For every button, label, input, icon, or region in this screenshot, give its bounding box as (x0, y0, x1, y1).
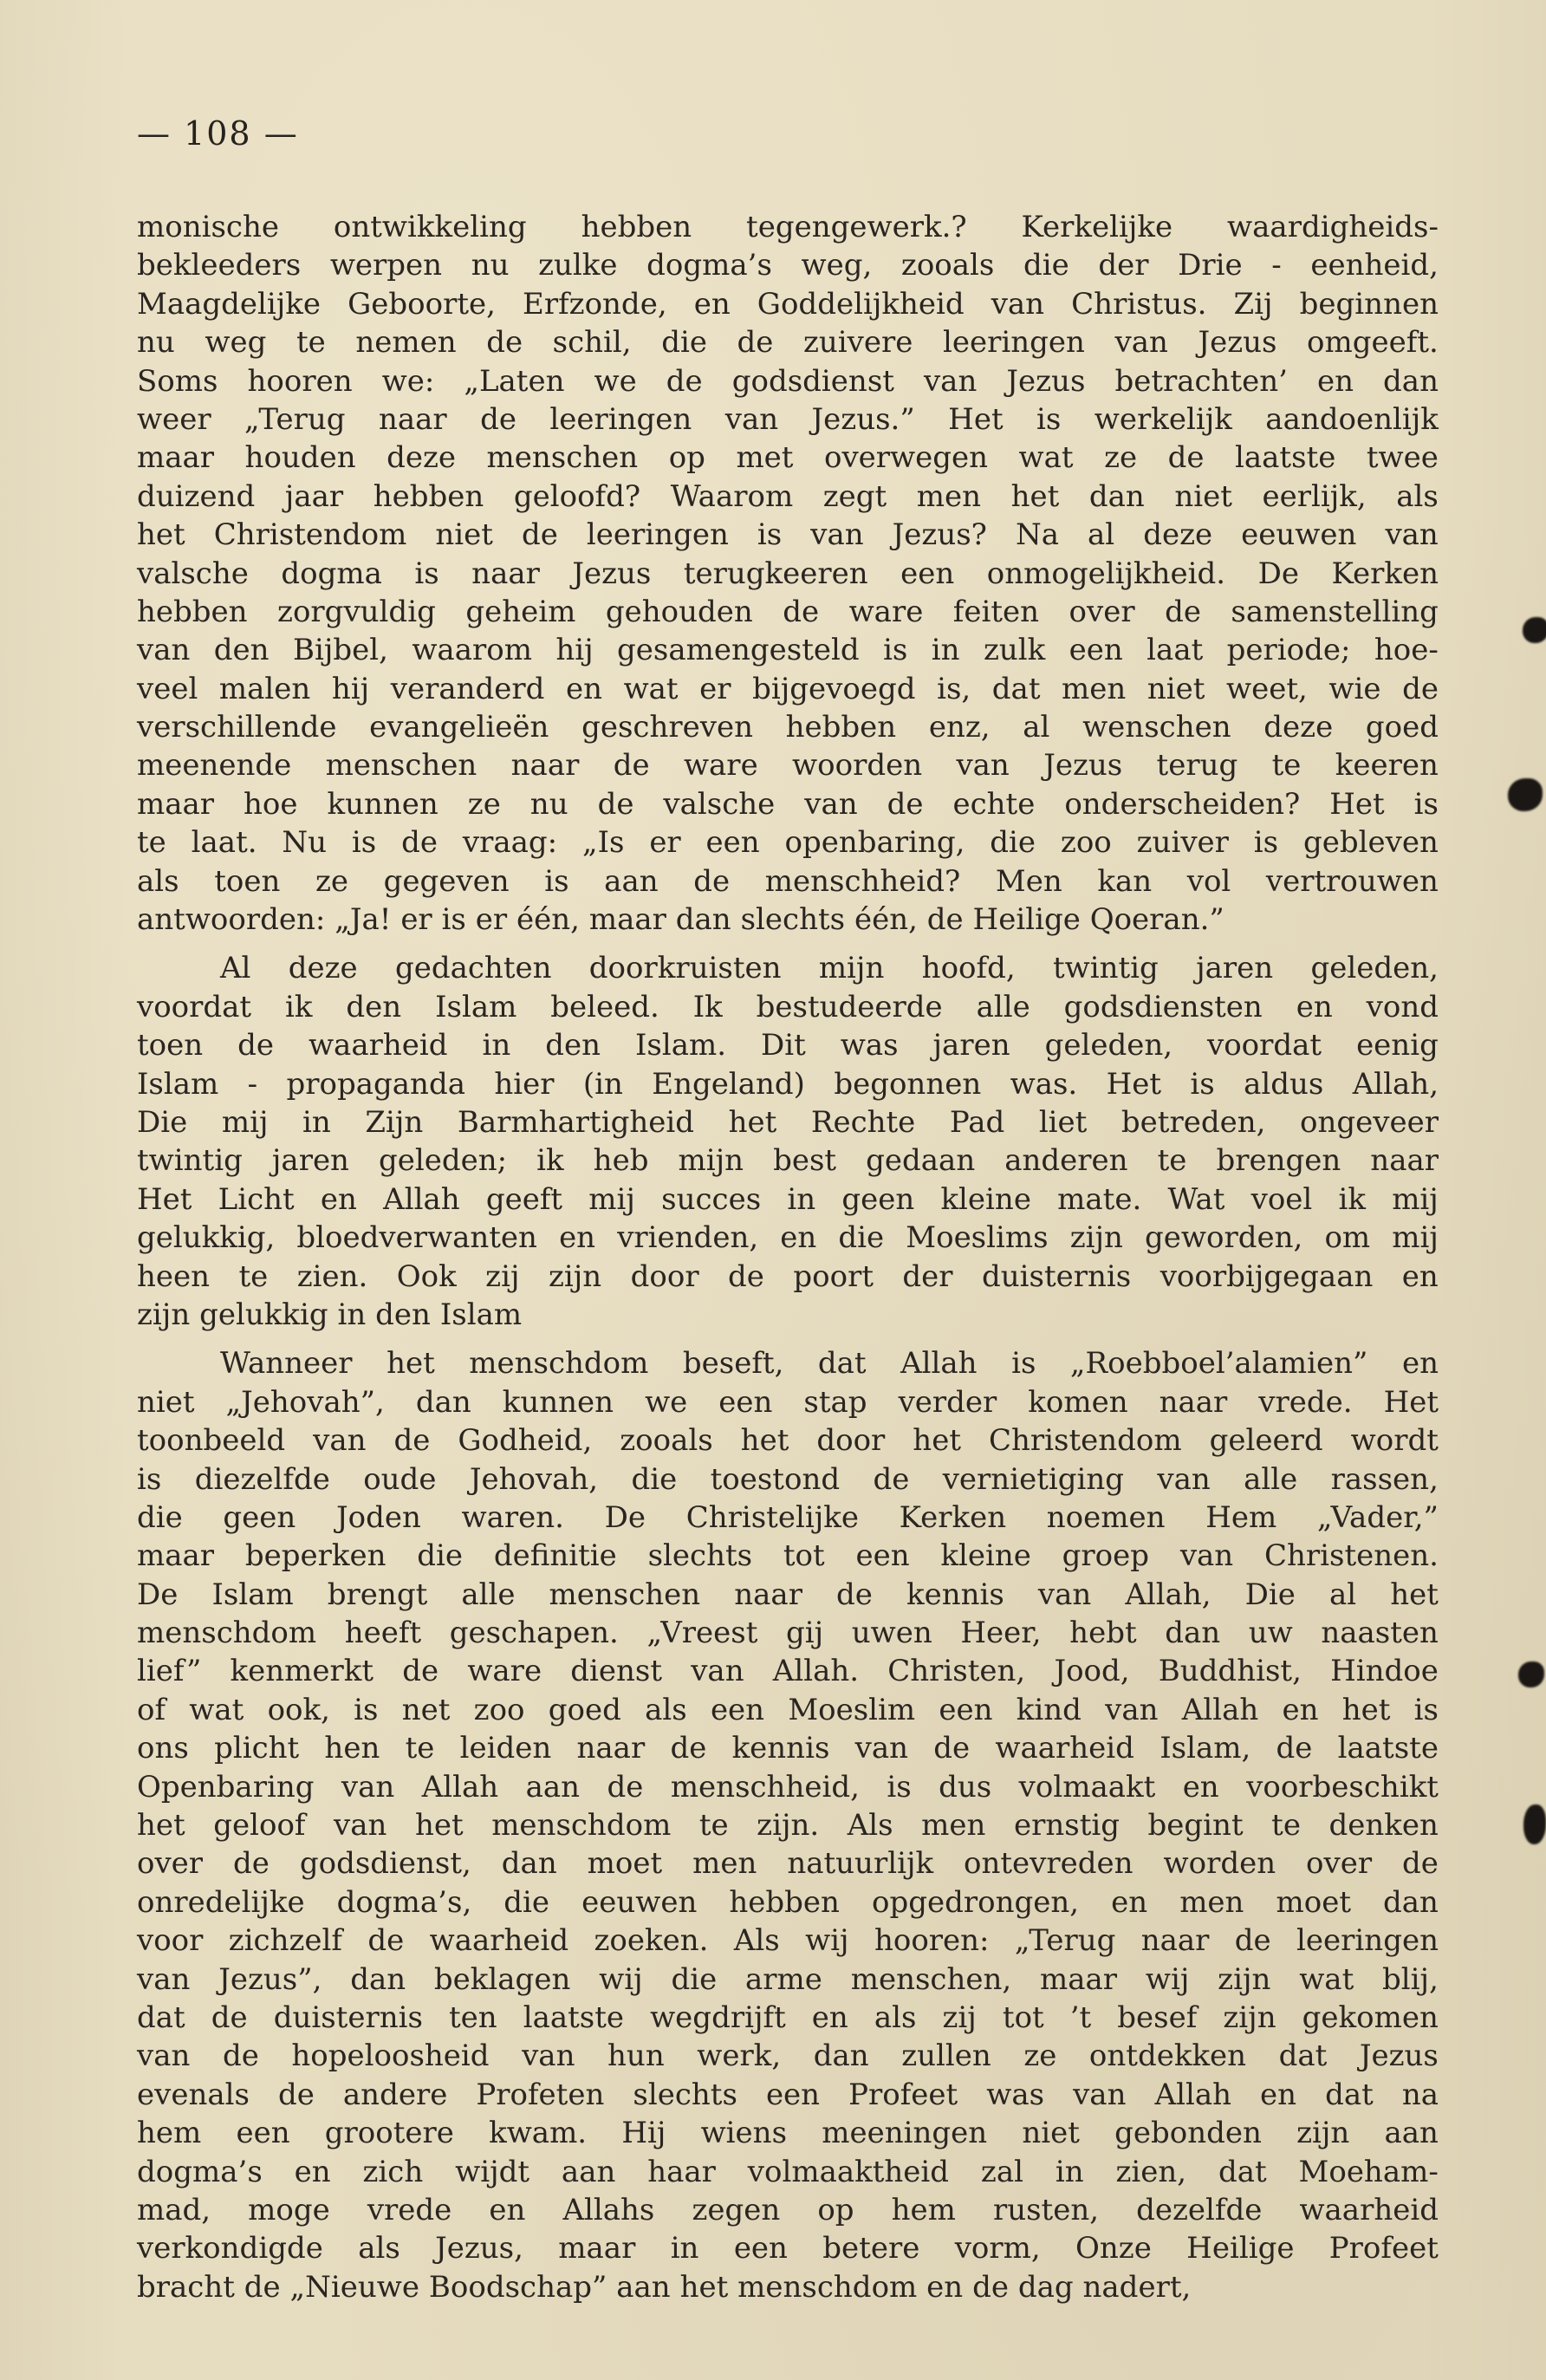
word: wiens (701, 2114, 787, 2152)
word: we (594, 362, 637, 400)
word: poort (793, 1258, 874, 1296)
word: voorbijgegaan (1160, 1258, 1374, 1296)
word: Die (137, 1103, 187, 1141)
word: men (917, 478, 981, 516)
text-line: evenalsdeandereProfetenslechtseenProfeet… (137, 2076, 1439, 2114)
word: ontdekken (1089, 2037, 1246, 2075)
word: de (972, 2268, 1009, 2306)
text-line: voorzichzelfdewaarheidzoeken.Alswijhoore… (137, 1922, 1439, 1960)
word: de (211, 1999, 248, 2037)
word: dan (1383, 1883, 1439, 1922)
word: leeringen (587, 516, 729, 554)
word: van (522, 2037, 575, 2075)
word: Christendom (989, 1421, 1182, 1460)
word: het (1390, 1576, 1439, 1614)
text-line: vandehopeloosheidvanhunwerk,danzullenzeo… (137, 2037, 1439, 2075)
word: als (358, 2229, 400, 2267)
word: „Vreest (646, 1614, 757, 1652)
word: moet (1276, 1883, 1351, 1922)
word: Rechte (811, 1103, 915, 1141)
text-line: OpenbaringvanAllahaandemenschheid,isdusv… (137, 1768, 1439, 1806)
word: hebben (581, 208, 692, 246)
word: gehouden (606, 593, 753, 631)
word: is (1414, 1691, 1439, 1729)
word: zijn (1070, 1219, 1123, 1257)
word: kenmerkt (231, 1652, 374, 1690)
word: antwoorden: (137, 901, 325, 939)
word: verkondigde (137, 2229, 323, 2267)
word: de (1235, 1922, 1271, 1960)
word: na (1402, 2076, 1439, 2114)
word: is (1254, 823, 1278, 862)
word: zuiver (1137, 823, 1229, 862)
word: de (223, 2037, 259, 2075)
word: (in (583, 1065, 623, 1103)
word: laat (1147, 631, 1203, 669)
word: uw (1249, 1614, 1293, 1652)
word: over (137, 1844, 203, 1883)
word: Waarom (671, 478, 794, 516)
word: - (248, 1065, 258, 1103)
word: en (1260, 2076, 1296, 2114)
word: niet (1174, 478, 1232, 516)
word: ook, (268, 1691, 330, 1729)
word: twintig (137, 1141, 243, 1180)
word: Allah (1182, 1691, 1258, 1729)
word: hooren (247, 362, 352, 400)
word: begonnen (834, 1065, 981, 1103)
word: hun (607, 2037, 665, 2075)
word: hooren: (874, 1922, 990, 1960)
word: godsdiensten (1064, 988, 1263, 1026)
word: bijgevoegd (752, 670, 915, 708)
word: Het (137, 1180, 192, 1219)
word: toestond (711, 1460, 841, 1499)
word: Zij (1234, 285, 1273, 323)
word: over (1306, 1844, 1372, 1883)
word: de (670, 1729, 706, 1767)
word: weg (205, 323, 266, 361)
word: leeringen (549, 400, 692, 439)
word: voel (1251, 1180, 1313, 1219)
word: is (442, 901, 466, 939)
word: Allah (1155, 2076, 1231, 2114)
word: Islam (137, 1065, 218, 1103)
word: nemen (355, 323, 456, 361)
word: malen (219, 670, 310, 708)
word: is (1036, 400, 1061, 439)
word: Hem (1205, 1499, 1276, 1537)
word: in (302, 1103, 331, 1141)
word: beklagen (434, 1961, 570, 1999)
word: oude (363, 1460, 436, 1499)
word: kennis (732, 1729, 830, 1767)
word: veranderd (391, 670, 545, 708)
word: geen (841, 1180, 914, 1219)
text-line: vandenBijbel,waaromhijgesamengesteldisin… (137, 631, 1439, 669)
word: een (1069, 631, 1123, 669)
word: Geboorte, (348, 285, 496, 323)
word: wat (189, 1691, 244, 1729)
word: de (607, 1768, 644, 1806)
word: kennis (906, 1576, 1004, 1614)
word: zich (363, 2153, 424, 2191)
word: Kerken (900, 1499, 1006, 1537)
word: de (1402, 670, 1439, 708)
word: tot (783, 1537, 825, 1575)
word: vol (1187, 862, 1231, 901)
word: en (295, 2153, 331, 2191)
text-line: Islam-propagandahier(inEngeland)begonnen… (137, 1065, 1439, 1103)
word: Openbaring (137, 1768, 314, 1806)
word: menschen, (851, 1961, 1011, 1999)
text-line: zijngelukkigindenIslam (137, 1296, 1439, 1334)
word: toen (214, 862, 280, 901)
word: „Vader,” (1317, 1499, 1439, 1537)
word: Islam (435, 988, 516, 1026)
word: zij (943, 1999, 977, 2037)
word: hem (892, 2191, 956, 2229)
word: zichzelf (229, 1922, 342, 1960)
word: openbaring, (785, 823, 965, 862)
word: en (1282, 1691, 1318, 1729)
word: hebben (374, 478, 484, 516)
word: er (649, 823, 680, 862)
word: is (544, 862, 568, 901)
word: zulk (984, 631, 1045, 669)
word: menschdom (469, 1344, 648, 1382)
word: Dit (761, 1026, 806, 1064)
word: van (855, 1729, 908, 1767)
word: Pad (950, 1103, 1004, 1141)
word: niet (435, 516, 493, 554)
word: het (1342, 1691, 1391, 1729)
word: alle (1244, 1460, 1297, 1499)
word: „Laten (464, 362, 564, 400)
text-line: mad,mogevredeenAllahszegenophemrusten,de… (137, 2191, 1439, 2229)
word: vrede. (1258, 1383, 1352, 1421)
word: Allah (900, 1344, 977, 1382)
word: Soms (137, 362, 218, 400)
word: jaren (272, 1141, 349, 1180)
word: Jezus (572, 555, 651, 593)
word: als (645, 1691, 687, 1729)
word: er (476, 901, 507, 939)
word: hij (332, 670, 369, 708)
word: het (741, 1421, 789, 1460)
word: ten (449, 1999, 497, 2037)
word: wenschen (1082, 708, 1231, 746)
word: werpen (330, 246, 442, 284)
word: dan (676, 901, 731, 939)
word: het (913, 1421, 961, 1460)
word: eenheid, (1310, 246, 1439, 284)
word: volmaakt (1019, 1768, 1156, 1806)
word: Allahs (562, 2191, 654, 2229)
word: duisternis (274, 1999, 423, 2037)
word: aldus (1244, 1065, 1323, 1103)
word: betere (822, 2229, 919, 2267)
word: geheim (465, 593, 575, 631)
word: de (233, 1844, 270, 1883)
word: Allah. (773, 1652, 859, 1690)
word: naar (734, 1576, 802, 1614)
text-line: monischeontwikkelinghebbentegengewerk.?K… (137, 208, 1439, 246)
word: goed (549, 1691, 621, 1729)
text-line: meenendemenschennaardewarewoordenvanJezu… (137, 746, 1439, 784)
word: voordat (137, 988, 251, 1026)
word: beperken (245, 1537, 386, 1575)
word: de (933, 1729, 970, 1767)
word: diezelfde (195, 1460, 330, 1499)
word: „Roebboel’alamien” (1070, 1344, 1368, 1382)
word: leeringen (943, 323, 1085, 361)
word: Boodschap” (429, 2268, 607, 2306)
text-line: maarhoudendezemenschenopmetoverwegenwatz… (137, 439, 1439, 477)
text-line: nuwegtenemendeschil,diedezuivereleeringe… (137, 323, 1439, 361)
word: van (1157, 1460, 1210, 1499)
word: mij (588, 1180, 635, 1219)
word: Na (1016, 516, 1059, 554)
word: ze (315, 862, 348, 901)
word: was (841, 1026, 899, 1064)
word: opgedrongen, (872, 1883, 1079, 1922)
word: om (1324, 1219, 1370, 1257)
word: den (375, 1296, 431, 1334)
text-line: weer„TerugnaardeleeringenvanJezus.”Hetis… (137, 400, 1439, 439)
word: als (137, 862, 179, 901)
word: Jezus (1360, 2037, 1439, 2075)
binding-hole-mark (1518, 1661, 1544, 1687)
word: dus (939, 1768, 991, 1806)
word: terug (1157, 746, 1238, 784)
word: te (1272, 746, 1302, 784)
word: schil, (553, 323, 632, 361)
word: er (400, 901, 432, 939)
word: de (1402, 1844, 1439, 1883)
word: van (991, 285, 1044, 323)
word: Engeland) (652, 1065, 805, 1103)
word: mijn (679, 1141, 744, 1180)
word: menschdom (491, 1806, 671, 1844)
word: naar (379, 400, 447, 439)
word: Wat (1167, 1180, 1224, 1219)
word: Christelijke (686, 1499, 859, 1537)
text-line: verkondigdealsJezus,maarineenbeterevorm,… (137, 2229, 1439, 2267)
word: ik (536, 1141, 563, 1180)
word: eeuwen (581, 1883, 697, 1922)
word: Islam (211, 1576, 293, 1614)
word: en (694, 285, 731, 323)
word: twee (1367, 439, 1439, 477)
word: geschapen. (450, 1614, 619, 1652)
word: De (137, 1576, 178, 1614)
word: van (137, 631, 190, 669)
word: ze (1023, 2037, 1056, 2075)
word: vernietiging (943, 1460, 1124, 1499)
word: ernstig (1014, 1806, 1120, 1844)
word: gelukkig, (137, 1219, 275, 1257)
word: en (1402, 1258, 1439, 1296)
binding-hole-mark (1523, 1805, 1546, 1844)
word: aan (616, 2268, 670, 2306)
word: uwen (852, 1614, 932, 1652)
body-text: monischeontwikkelinghebbentegengewerk.?K… (137, 208, 1439, 2306)
word: tot (1003, 1999, 1044, 2037)
word: die (417, 1537, 463, 1575)
word: geen (223, 1499, 296, 1537)
word: Islam, (1159, 1729, 1250, 1767)
word: gebleven (1303, 823, 1439, 862)
word: geloofd? (514, 478, 640, 516)
word: de (836, 1576, 873, 1614)
word: en (321, 1180, 357, 1219)
word: Christen, (887, 1652, 1025, 1690)
word: zullen (901, 2037, 991, 2075)
word: de (394, 1421, 431, 1460)
word: te (137, 823, 166, 862)
word: hier (494, 1065, 554, 1103)
word: dienst (570, 1652, 662, 1690)
word: natuurlijk (787, 1844, 933, 1883)
word: beginnen (1300, 285, 1439, 323)
word: op (669, 439, 705, 477)
word: ze (1104, 439, 1137, 477)
word: zijn (1296, 2114, 1349, 2152)
word: de (244, 2268, 281, 2306)
word: zoeken. (594, 1922, 709, 1960)
word: van (725, 400, 778, 439)
word: samenstelling (1231, 593, 1439, 631)
word: kwam. (489, 2114, 587, 2152)
word: Men (996, 862, 1062, 901)
word: periode; (1227, 631, 1351, 669)
word: gelukkig (199, 1296, 328, 1334)
word: dat (1325, 2076, 1374, 2114)
word: in (932, 631, 960, 669)
word: hopeloosheid (291, 2037, 489, 2075)
word: hebben (786, 708, 897, 746)
word: dogma’s, (337, 1883, 472, 1922)
word: van (137, 2037, 190, 2075)
word: net (402, 1691, 451, 1729)
word: verschillende (137, 708, 337, 746)
word: godsdienst, (300, 1844, 471, 1883)
word: in (1056, 2153, 1084, 2191)
text-line: niet„Jehovah”,dankunnenweeenstapverderko… (137, 1383, 1439, 1421)
word: zijn (137, 1296, 190, 1334)
word: is (1414, 785, 1439, 823)
word: Allah, (1125, 1576, 1211, 1614)
text-line: overdegodsdienst,danmoetmennatuurlijkont… (137, 1844, 1439, 1883)
word: Kerkelijke (1022, 208, 1173, 246)
word: der (1098, 246, 1148, 284)
word: groep (1062, 1537, 1149, 1575)
word: zijn (549, 1258, 601, 1296)
word: dan (814, 2037, 869, 2075)
binding-hole-mark (1508, 778, 1543, 811)
word: maar (137, 439, 214, 477)
word: te (406, 1729, 435, 1767)
word: zooals (620, 1421, 712, 1460)
word: gesamengesteld (617, 631, 860, 669)
word: een (718, 1383, 772, 1421)
word: Zijn (365, 1103, 423, 1141)
word: Moeslim (788, 1691, 915, 1729)
word: waardigheids- (1227, 208, 1439, 246)
word: Moeslims (906, 1219, 1048, 1257)
word: lief” (137, 1652, 201, 1690)
word: valsche (663, 785, 775, 823)
text-line: hetChristendomnietdeleeringenisvanJezus?… (137, 516, 1439, 554)
text-line: lief”kenmerktdewaredienstvanAllah.Christ… (137, 1652, 1439, 1690)
word: al (1023, 708, 1049, 746)
word: Bijbel, (293, 631, 388, 669)
word: dat (1218, 2153, 1267, 2191)
word: zorgvuldig (277, 593, 436, 631)
word: dag (1018, 2268, 1074, 2306)
word: men (1062, 670, 1126, 708)
word: veel (137, 670, 198, 708)
word: meenende (137, 746, 291, 784)
paragraph-2: Aldezegedachtendoorkruistenmijnhoofd,twi… (137, 949, 1439, 1334)
word: vrienden, (617, 1219, 758, 1257)
word: leiden (460, 1729, 552, 1767)
word: als (874, 1999, 917, 2037)
word: mij (222, 1103, 269, 1141)
word: Heilige (973, 901, 1081, 939)
word: zegen (692, 2191, 780, 2229)
word: wordt (1351, 1421, 1439, 1460)
word: van (956, 746, 1009, 784)
word: Drie (1178, 246, 1243, 284)
word: van (1038, 1576, 1091, 1614)
word: te (238, 1258, 268, 1296)
word: hoe- (1374, 631, 1439, 669)
word: grootere (325, 2114, 454, 2152)
word: naasten (1321, 1614, 1439, 1652)
binding-hole-mark (1523, 617, 1546, 643)
word: waarheid (430, 1922, 569, 1960)
word: voordat (1207, 1026, 1322, 1064)
word: dan (1089, 478, 1145, 516)
word: door (816, 1421, 885, 1460)
word: nu (471, 246, 510, 284)
word: de (728, 1258, 764, 1296)
word: maar (137, 785, 214, 823)
word: die (990, 823, 1036, 862)
word: die (631, 1460, 677, 1499)
text-line: maarbeperkendiedefinitieslechtstoteenkle… (137, 1537, 1439, 1575)
word: De (1258, 555, 1299, 593)
word: terugkeeren (684, 555, 868, 593)
word: betreden, (1121, 1103, 1266, 1141)
word: Kerken (1331, 555, 1438, 593)
word: weet, (1226, 670, 1308, 708)
word: keeren (1335, 746, 1439, 784)
word: zijn. (757, 1806, 819, 1844)
word: op (817, 2191, 854, 2229)
word: zien. (297, 1258, 368, 1296)
word: wat (1019, 439, 1074, 477)
word: wij (599, 1961, 643, 1999)
word: is (883, 631, 907, 669)
paragraph-1: monischeontwikkelinghebbentegengewerk.?K… (137, 208, 1439, 939)
word: de (402, 1652, 438, 1690)
word: het (137, 1806, 185, 1844)
text-line: ofwatook,isnetzoogoedalseenMoeslimeenkin… (137, 1691, 1439, 1729)
word: deze (1263, 708, 1333, 746)
